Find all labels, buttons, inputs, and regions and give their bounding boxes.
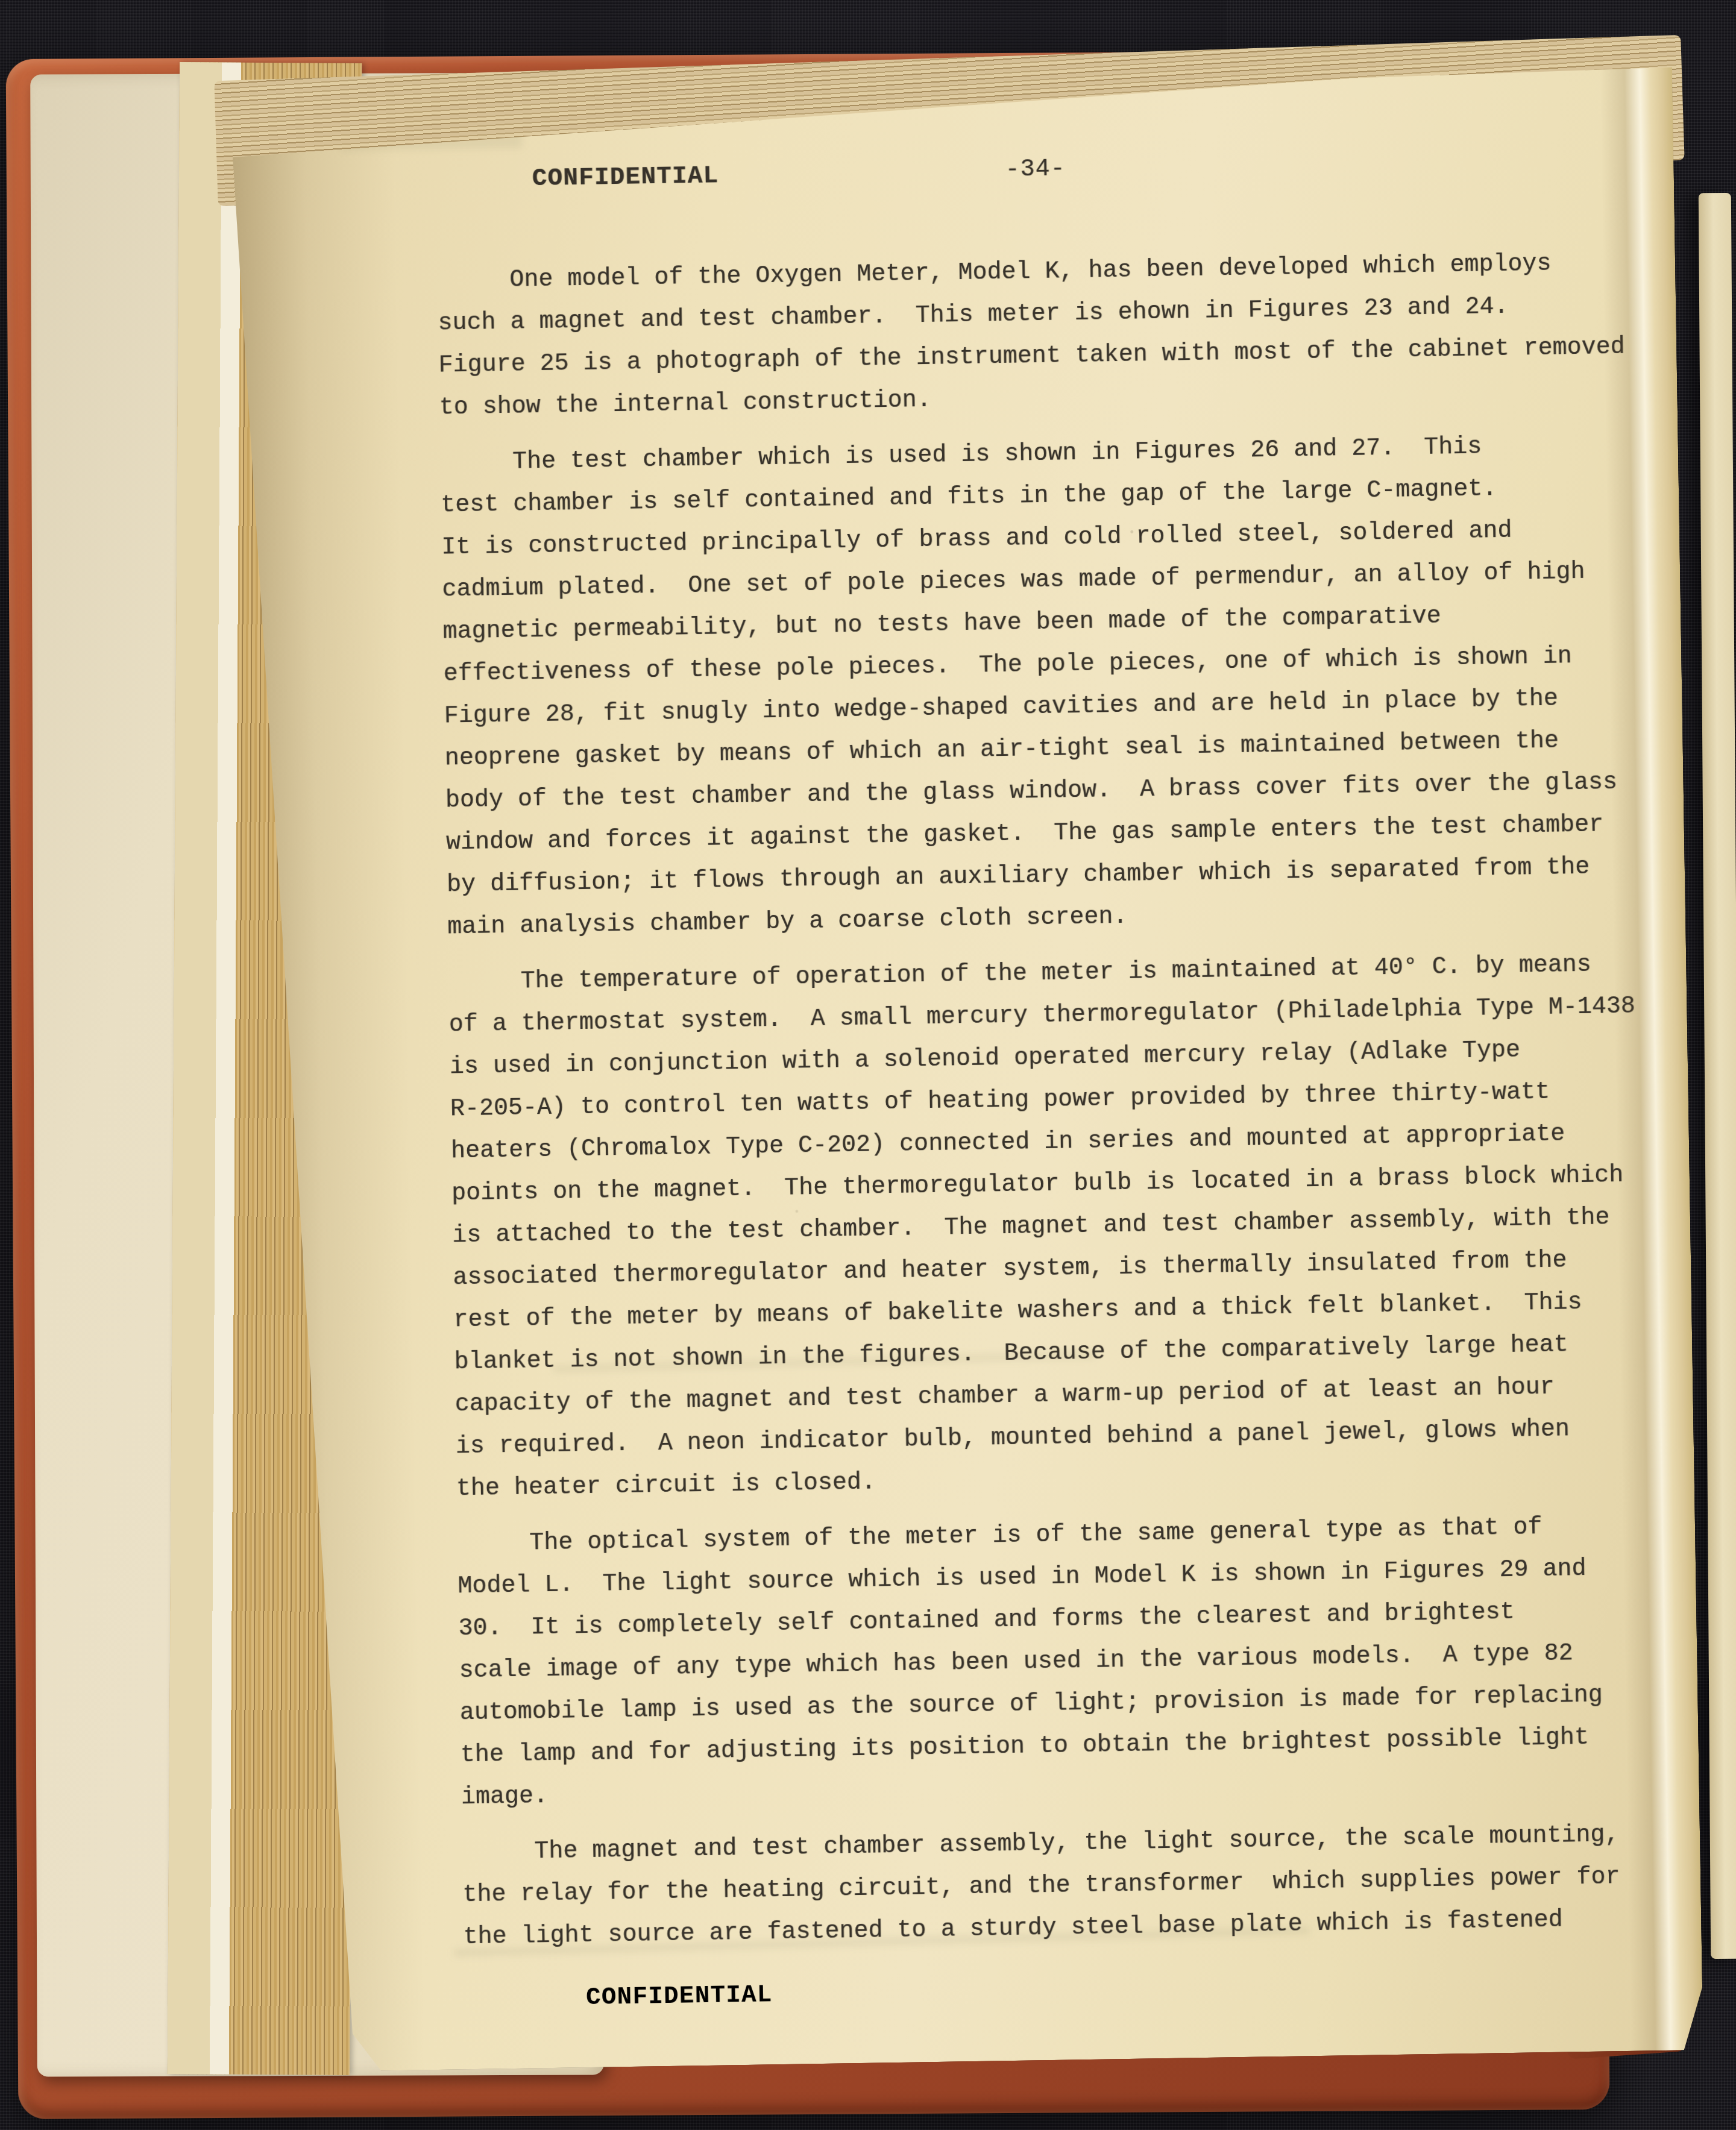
typed-text-block: CONFIDENTIAL -34- One model of the Oxyge… — [435, 139, 1684, 1959]
paragraph-4: The optical system of the meter is of th… — [457, 1505, 1681, 1820]
confidential-stamp-top: CONFIDENTIAL — [532, 162, 719, 193]
document-page: CONFIDENTIAL -34- One model of the Oxyge… — [231, 67, 1703, 2072]
book-scan-photo: CONFIDENTIAL -34- One model of the Oxyge… — [0, 0, 1736, 2130]
page-header: CONFIDENTIAL -34- — [435, 139, 1656, 201]
paragraph-3: The temperature of operation of the mete… — [448, 943, 1676, 1511]
confidential-stamp-bottom: CONFIDENTIAL — [586, 1981, 773, 2012]
page-footer: CONFIDENTIAL — [586, 1981, 773, 2012]
body-paragraphs: One model of the Oxygen Meter, Model K, … — [437, 242, 1684, 1959]
paragraph-1: One model of the Oxygen Meter, Model K, … — [437, 242, 1659, 430]
page-number: -34- — [1005, 156, 1066, 184]
paragraph-5: The magnet and test chamber assembly, th… — [462, 1814, 1684, 1959]
paragraph-2: The test chamber which is used is shown … — [440, 424, 1668, 949]
